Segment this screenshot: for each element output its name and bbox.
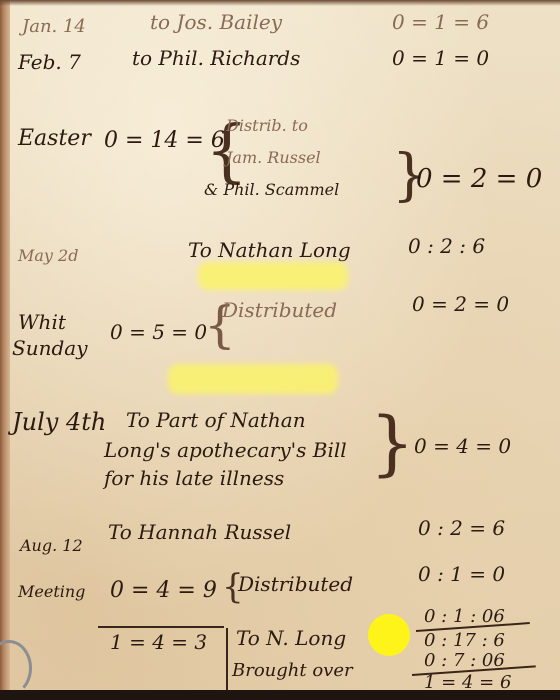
entry-date: Jan. 14 [22,18,86,36]
entry-date: Feb. 7 [18,52,81,72]
binding-clip [0,640,32,696]
entry-date-line: Whit [18,312,66,332]
entry-amount: 0 = 1 = 0 [392,48,489,68]
entry-description: Distributed [238,574,353,594]
entry-amount: 0 = 2 = 0 [412,294,509,314]
entry-description-line: Jam. Russel [226,150,321,166]
page-bottom-edge [0,690,560,700]
entry-date: May 2d [18,248,78,264]
book-spine [0,0,10,700]
entry-amount: 0 : 1 = 0 [418,564,505,584]
entry-amount: 0 = 4 = 0 [414,436,511,456]
entry-amount: 0 : 2 = 6 [418,518,505,538]
entry-date: July 4th [12,410,106,434]
entry-date: Meeting [18,584,85,600]
entry-description: To Nathan Long [188,240,351,260]
entry-description: To Hannah Russel [108,522,291,542]
yellow-dot-marker [368,614,410,656]
entry-date: Aug. 12 [20,538,83,554]
right-brace: } [370,408,415,478]
yellow-highlight-mark [198,262,348,290]
yellow-highlight-mark [168,364,338,394]
entry-description-line: To Part of Nathan [126,410,306,430]
entry-amount: 0 = 2 = 0 [416,166,542,192]
entry-amount: 0 = 1 = 6 [392,12,489,32]
entry-received: 0 = 4 = 9 [110,580,217,602]
left-total: 1 = 4 = 3 [110,632,207,652]
sum-rule [98,626,224,628]
ledger-page: Jan. 14 to Jos. Bailey 0 = 1 = 6 Feb. 7 … [0,0,560,700]
entry-description: to Jos. Bailey [150,12,282,32]
footer-amount: 0 : 17 : 6 [424,632,505,650]
entry-date-line: Sunday [12,338,88,358]
entry-amount: 0 : 2 : 6 [408,236,485,256]
entry-description-line: for his late illness [104,468,284,488]
entry-description-line: & Phil. Scammel [204,182,339,198]
entry-description: to Phil. Richards [132,48,300,68]
page-top-edge [0,0,560,6]
entry-description: Distributed [222,300,337,320]
entry-received: 0 = 5 = 0 [110,322,207,342]
footer-amount: 0 : 1 : 06 [424,608,505,626]
entry-date: Easter [18,128,91,150]
entry-description-line: Distrib. to [226,118,308,134]
footer-description: Brought over [232,662,353,680]
footer-description: To N. Long [236,628,346,648]
entry-description-line: Long's apothecary's Bill [104,440,347,460]
